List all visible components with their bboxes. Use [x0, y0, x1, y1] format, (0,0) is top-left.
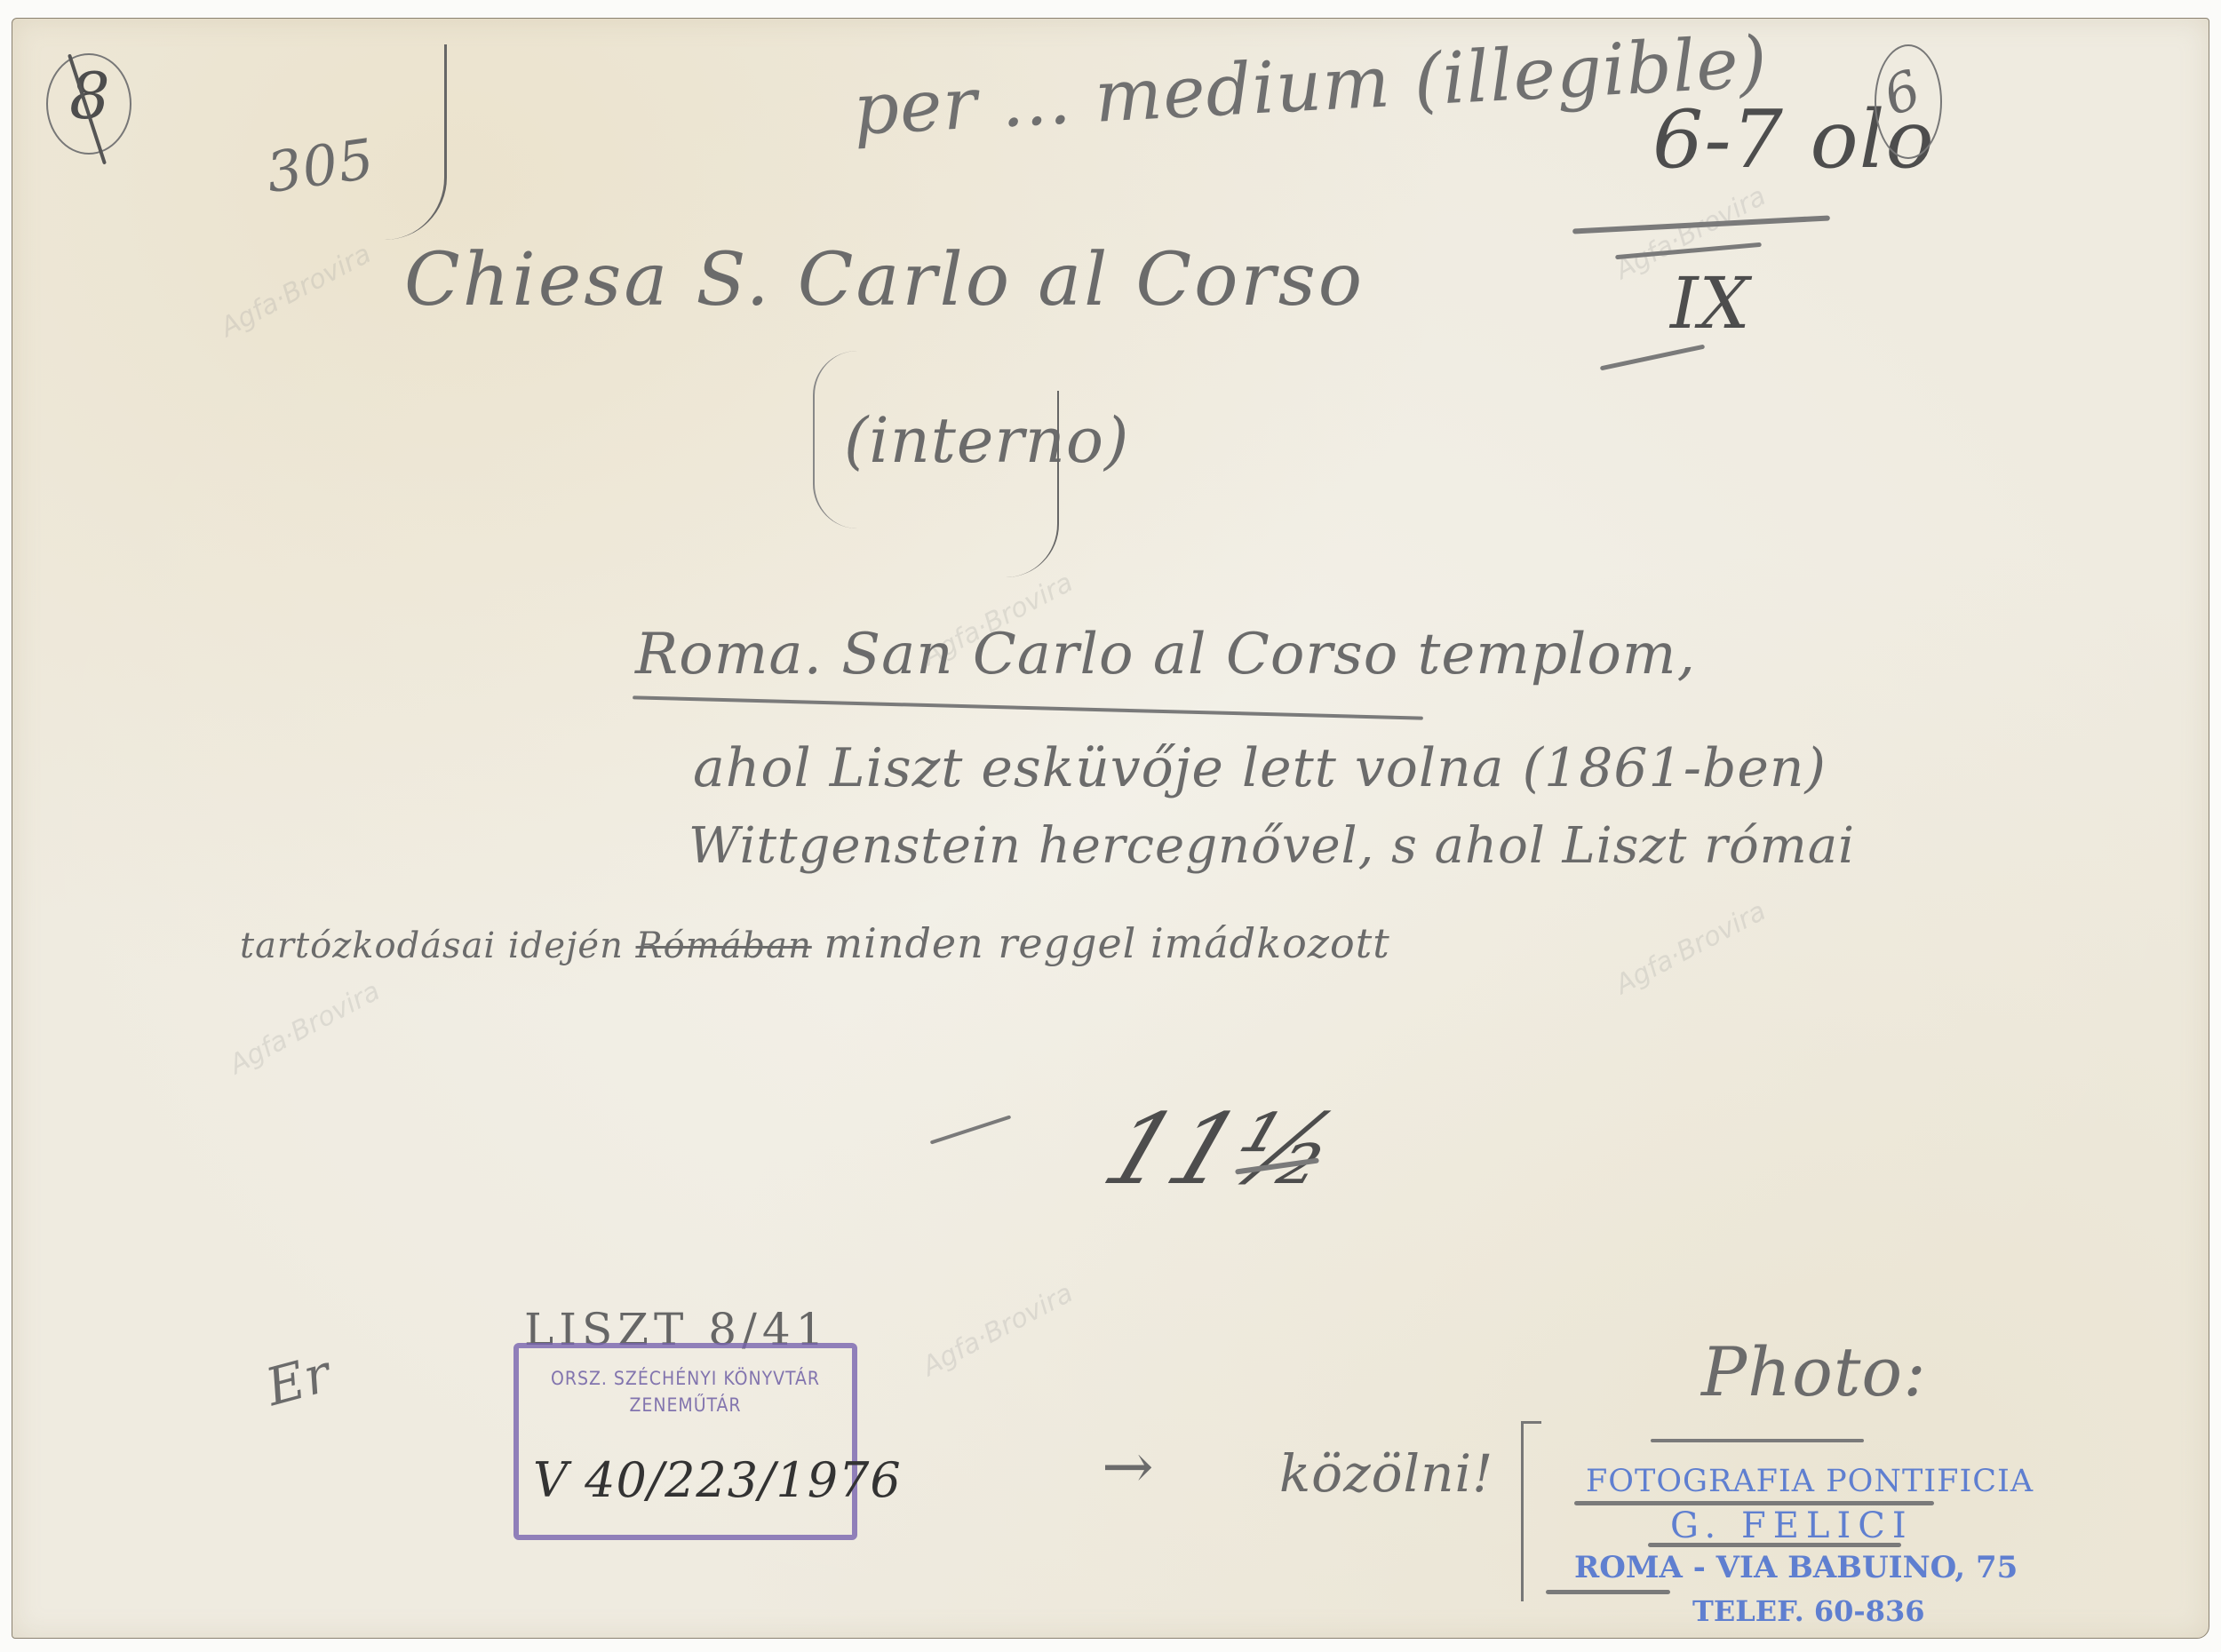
hu-line-4-prefix: tartózkodásai idején [240, 925, 624, 966]
photographer-stamp-line-4: TELEF. 60-836 [1692, 1594, 1924, 1628]
hu-line-3: Wittgenstein hercegnővel, s ahol Liszt r… [689, 817, 1855, 875]
photographer-stamp-line-1: FOTOGRAFIA PONTIFICIA [1586, 1464, 2034, 1499]
photo-underline [1651, 1439, 1864, 1442]
hu-line-1: Roma. San Carlo al Corso templom, [635, 622, 1696, 687]
publish-note: közölni! [1279, 1443, 1493, 1504]
inventory-number: V 40/223/1976 [533, 1452, 902, 1508]
paren-right [995, 391, 1059, 577]
library-stamp-line-1: ORSZ. SZÉCHÉNYI KÖNYVTÁR [519, 1368, 852, 1389]
photographer-stamp-line-3: ROMA - VIA BABUINO, 75 [1574, 1550, 2018, 1585]
arrow-icon: → [1102, 1430, 1155, 1503]
bracket-mark-right [1521, 1421, 1541, 1601]
title-line-2: (interno) [844, 404, 1129, 477]
hu-line-4: tartózkodásai idején Rómában minden regg… [240, 919, 1390, 967]
bracket-mark [373, 44, 447, 240]
photographer-stamp-line-2: G. FELICI [1670, 1505, 1914, 1546]
library-stamp: ORSZ. SZÉCHÉNYI KÖNYVTÁR ZENEMŰTÁR [513, 1343, 857, 1540]
photo-label: Photo: [1701, 1332, 1927, 1411]
stamp-underline-2 [1648, 1543, 1901, 1547]
library-stamp-line-2: ZENEMŰTÁR [519, 1394, 852, 1416]
stamp-underline-3 [1546, 1590, 1670, 1594]
hu-line-4-suffix: minden reggel imádkozott [824, 919, 1389, 967]
hu-line-2: ahol Liszt esküvője lett volna (1861-ben… [693, 737, 1827, 799]
center-value: 11½ [1090, 1092, 1353, 1206]
title-line-1: Chiesa S. Carlo al Corso [404, 238, 1365, 322]
hu-line-4-struck: Rómában [636, 925, 812, 966]
fraction-denominator: IX [1670, 262, 1751, 345]
